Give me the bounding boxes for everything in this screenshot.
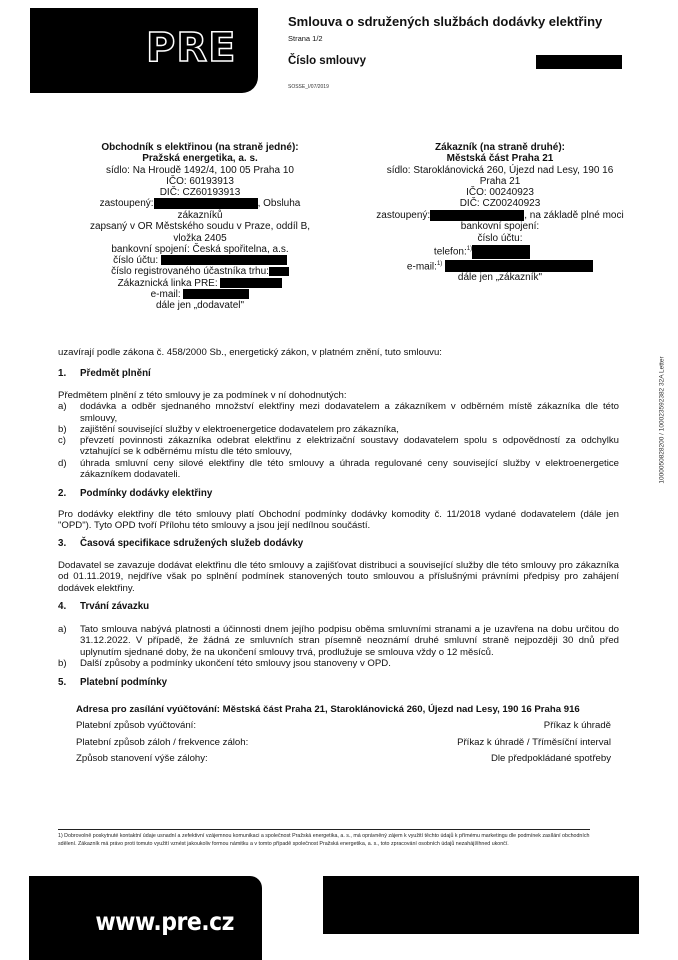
intro-text: uzavírají podle zákona č. 458/2000 Sb., … <box>58 347 442 358</box>
supplier-seat: sídlo: Na Hroudě 1492/4, 100 05 Praha 10 <box>82 165 318 176</box>
contract-number-label: Číslo smlouvy <box>288 55 366 67</box>
supplier-ico: IČO: 60193913 <box>82 176 318 187</box>
list-item: d)úhrada smluvní ceny silové elektřiny d… <box>58 458 619 481</box>
payment-row: Způsob stanovení výše zálohy:Dle předpok… <box>76 753 611 765</box>
supplier-register: zapsaný v OR Městského soudu v Praze, od… <box>82 221 318 244</box>
supplier-heading: Obchodník s elektřinou (na straně jedné)… <box>82 142 318 153</box>
customer-dic: DIČ: CZ00240923 <box>372 198 628 209</box>
supplier-block: Obchodník s elektřinou (na straně jedné)… <box>82 142 318 312</box>
supplier-hotline: Zákaznická linka PRE: <box>82 278 318 289</box>
supplier-alias: dále jen „dodavatel" <box>82 300 318 311</box>
redacted-field <box>220 278 282 288</box>
page-number: Strana 1/2 <box>288 34 323 43</box>
section-5-heading: 5.Platební podmínky <box>58 677 167 688</box>
list-item: a)dodávka a odběr sjednaného množství el… <box>58 401 619 424</box>
billing-address: Adresa pro zasílání vyúčtování: Městská … <box>76 704 611 715</box>
supplier-account: číslo účtu: <box>82 255 318 266</box>
redacted-field <box>445 260 593 272</box>
supplier-market-participant: číslo registrovaného účastníka trhu: <box>82 266 318 277</box>
redacted-field <box>269 267 289 276</box>
section-3-heading: 3.Časová specifikace sdružených služeb d… <box>58 538 303 549</box>
section-2-heading: 2.Podmínky dodávky elektřiny <box>58 488 212 499</box>
footer-block: www.pre.cz <box>29 876 262 960</box>
section-4-body: a)Tato smlouva nabývá platnosti a účinno… <box>58 624 619 669</box>
redacted-field <box>161 255 287 265</box>
redacted-field <box>472 245 530 259</box>
pre-logo: PRE <box>146 28 236 68</box>
customer-bank: bankovní spojení: <box>372 221 628 232</box>
footnote: 1) Dobrovolně poskytnuté kontaktní údaje… <box>58 832 593 848</box>
list-item: a)Tato smlouva nabývá platnosti a účinno… <box>58 624 619 658</box>
supplier-bank: bankovní spojení: Česká spořitelna, a.s. <box>82 244 318 255</box>
side-barcode-text: 1000050828200 / 10002359238​2 32A Letter <box>659 356 666 483</box>
payment-row: Platební způsob vyúčtování:Příkaz k úhra… <box>76 720 611 732</box>
supplier-dic: DIČ: CZ60193913 <box>82 187 318 198</box>
supplier-name: Pražská energetika, a. s. <box>82 153 318 164</box>
redacted-field <box>430 210 524 221</box>
customer-block: Zákazník (na straně druhé): Městská část… <box>372 142 628 283</box>
list-item: c)převzetí povinnosti zákazníka odebrat … <box>58 435 619 458</box>
section-3-body: Dodavatel se zavazuje dodávat elektřinu … <box>58 560 619 594</box>
form-code: SOSSE_I/07/2019 <box>288 84 329 90</box>
customer-phone: telefon:1) <box>336 244 628 259</box>
supplier-represented: zastoupený:, Obsluha zákazníků <box>82 198 318 221</box>
section-2-body: Pro dodávky elektřiny dle této smlouvy p… <box>58 509 619 532</box>
customer-account: číslo účtu: <box>372 233 628 244</box>
payment-terms: Adresa pro zasílání vyúčtování: Městská … <box>76 704 611 765</box>
payment-row: Platební způsob záloh / frekvence záloh:… <box>76 737 611 749</box>
section-1-heading: 1.Předmět plnění <box>58 368 151 379</box>
document-title: Smlouva o sdružených službách dodávky el… <box>288 14 602 29</box>
section-4-heading: 4.Trvání závazku <box>58 601 149 612</box>
customer-ico: IČO: 00240923 <box>372 187 628 198</box>
redacted-field <box>183 289 249 299</box>
customer-heading: Zákazník (na straně druhé): <box>372 142 628 153</box>
customer-seat: sídlo: Staroklánovická 260, Újezd nad Le… <box>372 165 628 188</box>
customer-represented: zastoupený:, na základě plné moci <box>372 210 628 221</box>
redacted-field <box>154 198 258 209</box>
customer-alias: dále jen „zákazník" <box>372 272 628 283</box>
customer-name: Městská část Praha 21 <box>372 153 628 164</box>
logo-block: PRE <box>30 8 258 93</box>
list-item: b)Další způsoby a podmínky ukončení této… <box>58 658 619 669</box>
section-1-body: Předmětem plnění z této smlouvy je za po… <box>58 390 619 480</box>
footer-redacted <box>323 876 639 934</box>
list-item: b)zajištění související služby v elektro… <box>58 424 619 435</box>
contract-number-redacted <box>536 55 622 69</box>
footnote-divider <box>58 829 590 830</box>
footer-url: www.pre.cz <box>95 908 234 937</box>
customer-email: e-mail:1) <box>372 259 628 273</box>
supplier-email: e-mail: <box>82 289 318 300</box>
